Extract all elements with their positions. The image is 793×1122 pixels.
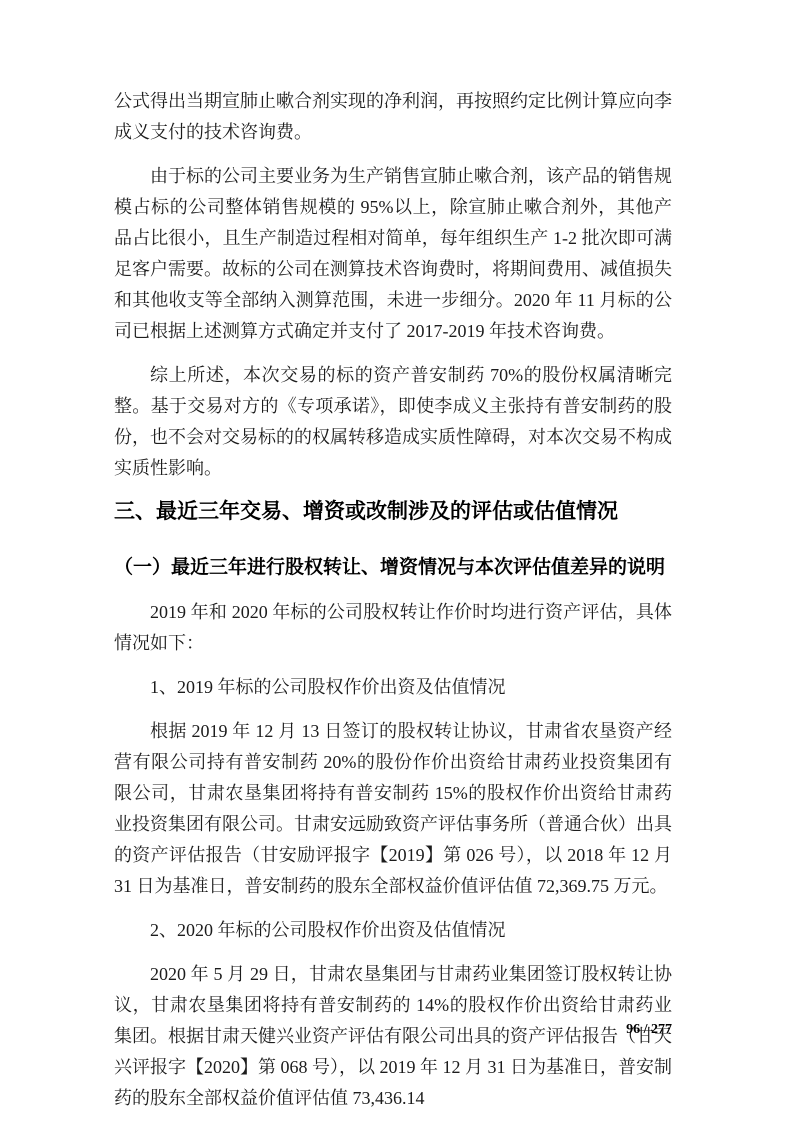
paragraph-continuation: 公式得出当期宣肺止嗽合剂实现的净利润，再按照约定比例计算应向李成义支付的技术咨询… bbox=[114, 86, 672, 148]
document-page: 公式得出当期宣肺止嗽合剂实现的净利润，再按照约定比例计算应向李成义支付的技术咨询… bbox=[0, 0, 793, 1122]
section-heading-three: 三、最近三年交易、增资或改制涉及的评估或估值情况 bbox=[114, 497, 672, 527]
paragraph-summary: 综上所述，本次交易的标的资产普安制药 70%的股份权属清晰完整。基于交易对方的《… bbox=[114, 360, 672, 484]
item-heading-2020: 2、2020 年标的公司股权作价出资及估值情况 bbox=[114, 915, 672, 946]
paragraph-intro: 2019 年和 2020 年标的公司股权转让作价时均进行资产评估，具体情况如下： bbox=[114, 597, 672, 659]
paragraph-2019-valuation: 根据 2019 年 12 月 13 日签订的股权转让协议，甘肃省农垦资产经营有限… bbox=[114, 716, 672, 902]
item-heading-2019: 1、2019 年标的公司股权作价出资及估值情况 bbox=[114, 672, 672, 703]
document-body: 公式得出当期宣肺止嗽合剂实现的净利润，再按照约定比例计算应向李成义支付的技术咨询… bbox=[114, 86, 672, 1114]
paragraph-2020-valuation: 2020 年 5 月 29 日，甘肃农垦集团与甘肃药业集团签订股权转让协议，甘肃… bbox=[114, 959, 672, 1114]
subsection-heading-one: （一）最近三年进行股权转让、增资情况与本次评估值差异的说明 bbox=[114, 554, 672, 582]
paragraph-business-description: 由于标的公司主要业务为生产销售宣肺止嗽合剂，该产品的销售规模占标的公司整体销售规… bbox=[114, 161, 672, 347]
page-number: 96 / 277 bbox=[626, 1022, 672, 1038]
